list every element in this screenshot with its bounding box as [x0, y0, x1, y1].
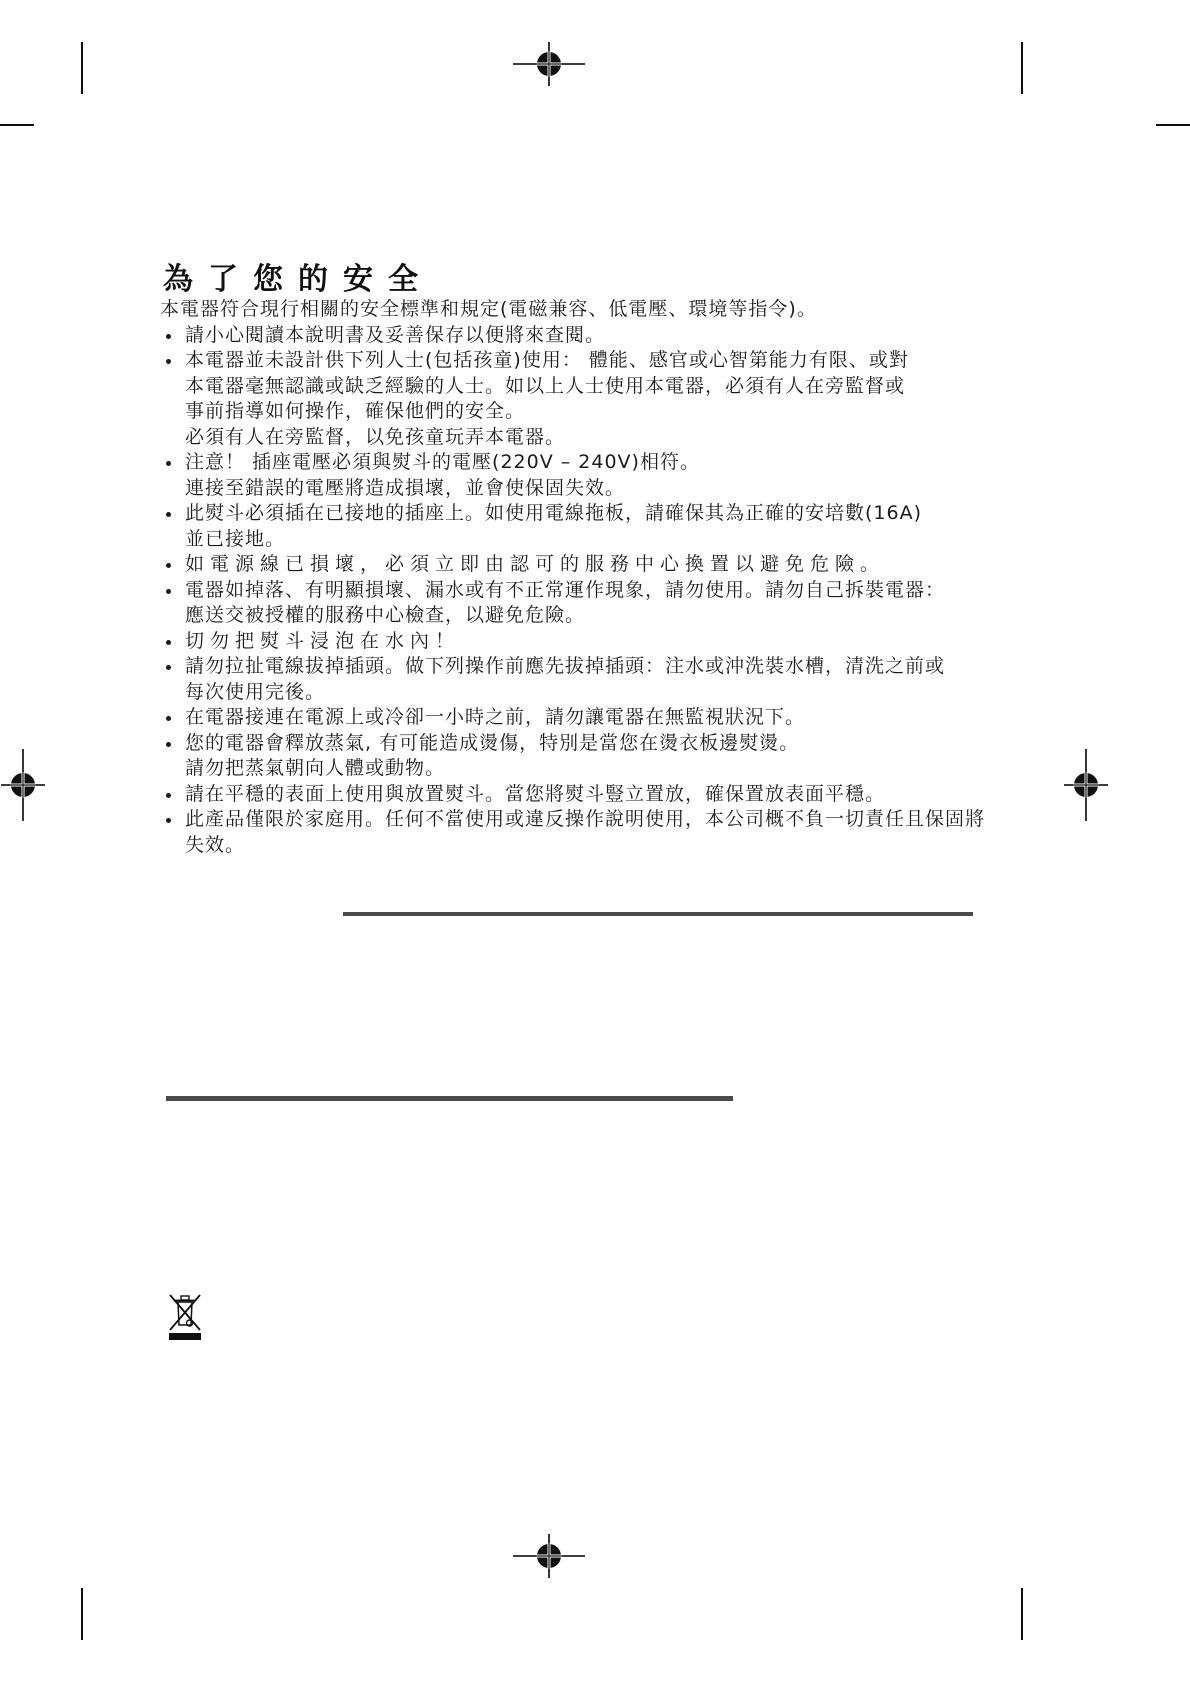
safety-bullet-item: 此產品僅限於家庭用。任何不當使用或違反操作說明使用，本公司概不負一切責任且保固將…: [160, 807, 1060, 858]
safety-bullet-item: 請在平穩的表面上使用與放置熨斗。當您將熨斗豎立置放，確保置放表面平穩。: [160, 782, 1060, 808]
registration-mark-left-icon: [1, 749, 45, 825]
manual-safety-page: 為了您的安全 本電器符合現行相關的安全標準和規定(電磁兼容、低電壓、環境等指令)…: [0, 0, 1190, 1684]
safety-text-block: 本電器符合現行相關的安全標準和規定(電磁兼容、低電壓、環境等指令)。 請小心閱讀…: [160, 297, 1060, 858]
weee-crossed-out-bin-icon: [166, 1290, 204, 1344]
registration-mark-top-icon: [513, 42, 585, 90]
crop-mark-bottom-left-icon: [81, 1588, 83, 1640]
crop-mark-bottom-right-icon: [1021, 1588, 1023, 1640]
safety-bullet-item: 請勿拉扯電線拔掉插頭。做下列操作前應先拔掉插頭：注水或沖洗裝水槽，清洗之前或 每…: [160, 654, 1060, 705]
safety-bullet-item: 在電器接連在電源上或冷卻一小時之前，請勿讓電器在無監視狀況下。: [160, 705, 1060, 731]
safety-bullet-item: 請小心閱讀本說明書及妥善保存以便將來查閱。: [160, 323, 1060, 349]
safety-bullet-list: 請小心閱讀本說明書及妥善保存以便將來查閱。 本電器並未設計供下列人士(包括孩童)…: [160, 323, 1060, 859]
safety-bullet-item: 電器如掉落、有明顯損壞、漏水或有不正常運作現象，請勿使用。請勿自己拆裝電器： 應…: [160, 578, 1060, 629]
safety-bullet-item: 您的電器會釋放蒸氣, 有可能造成燙傷，特別是當您在燙衣板邊熨燙。 請勿把蒸氣朝向…: [160, 731, 1060, 782]
safety-bullet-item: 如電源線已損壞，必須立即由認可的服務中心換置以避免危險。: [160, 552, 1060, 578]
crop-mark-right-edge-icon: [1156, 124, 1190, 126]
safety-bullet-item: 此熨斗必須插在已接地的插座上。如使用電線拖板，請確保其為正確的安培數(16A) …: [160, 501, 1060, 552]
safety-bullet-item: 本電器並未設計供下列人士(包括孩童)使用： 體能、感官或心智第能力有限、或對 本…: [160, 348, 1060, 450]
registration-mark-bottom-icon: [513, 1534, 585, 1582]
registration-mark-right-icon: [1064, 749, 1108, 825]
crop-mark-top-left-icon: [81, 42, 83, 94]
section-divider-rule: [343, 912, 973, 916]
safety-bullet-item: 切勿把熨斗浸泡在水內！: [160, 629, 1060, 655]
crop-mark-top-right-icon: [1021, 42, 1023, 94]
intro-paragraph: 本電器符合現行相關的安全標準和規定(電磁兼容、低電壓、環境等指令)。: [160, 297, 1060, 323]
crop-mark-left-edge-icon: [0, 124, 34, 126]
page-title: 為了您的安全: [163, 254, 433, 298]
safety-bullet-item: 注意！ 插座電壓必須與熨斗的電壓(220V – 240V)相符。 連接至錯誤的電…: [160, 450, 1060, 501]
section-divider-rule: [166, 1096, 733, 1101]
